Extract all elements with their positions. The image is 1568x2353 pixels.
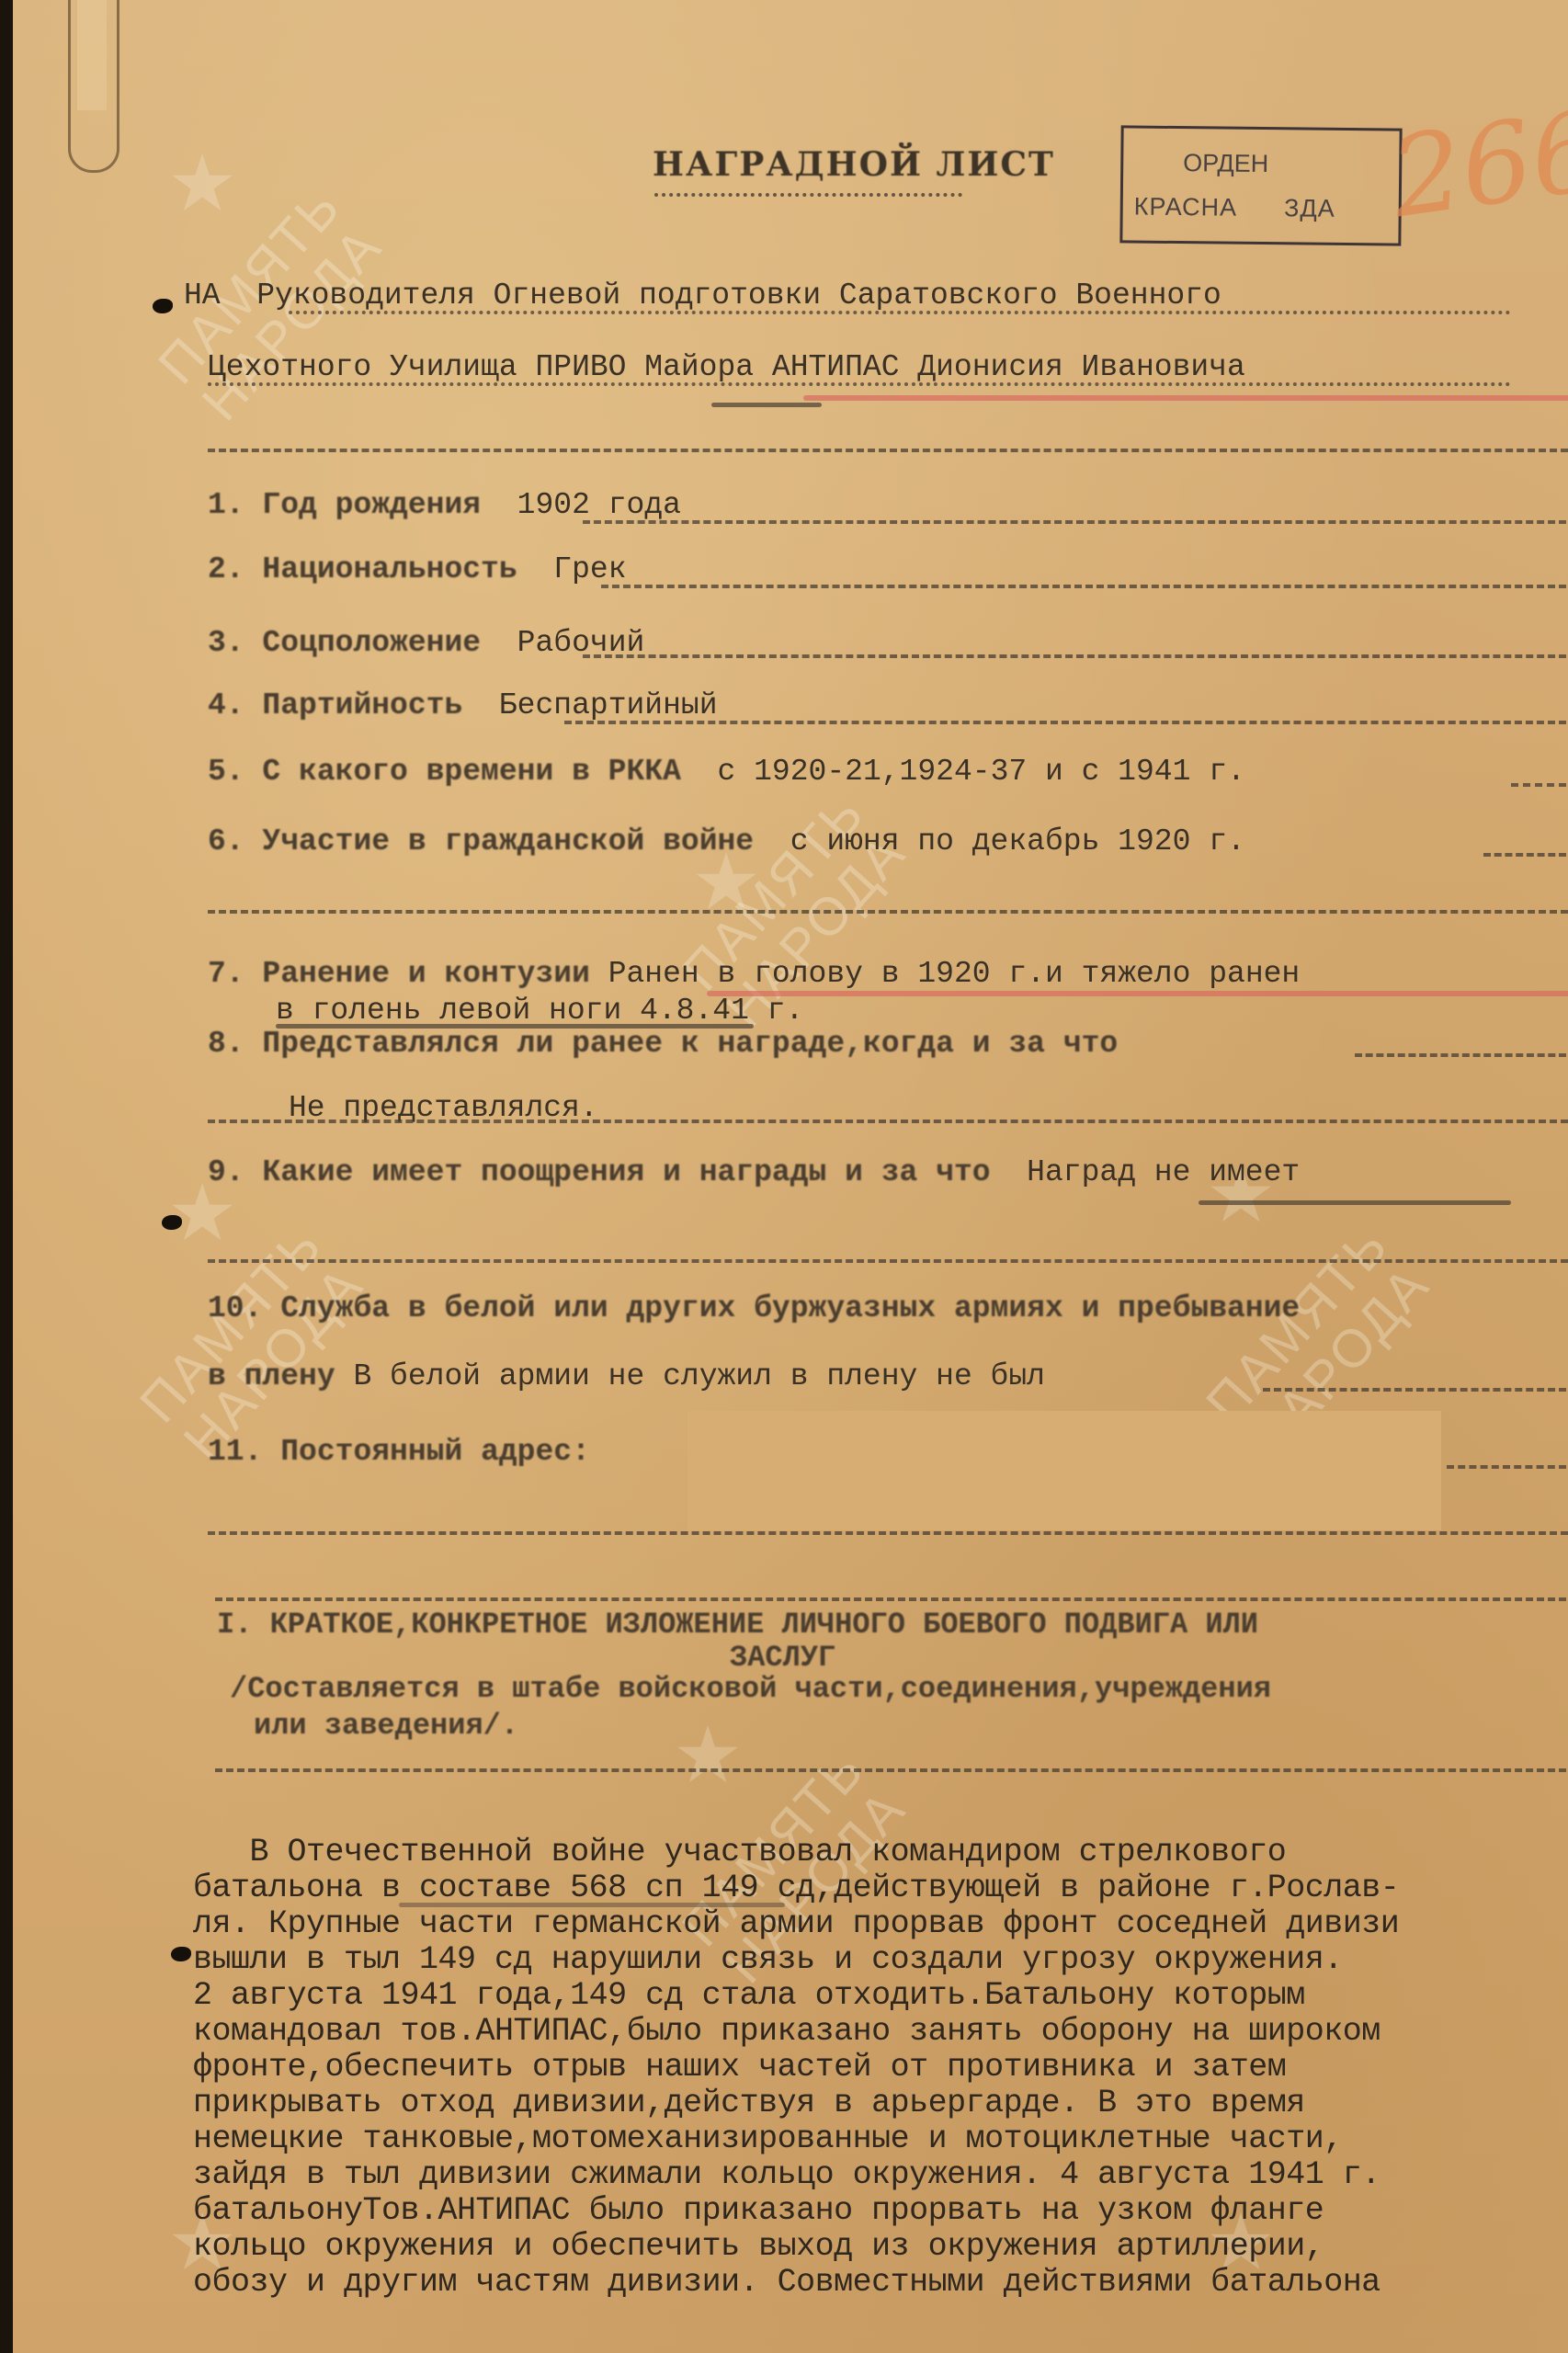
document-title: НАГРАДНОЙ ЛИСТ [653,145,1055,184]
fill-line [601,585,1566,588]
field-nationality: 2. Национальность Грек [208,551,627,588]
award-sheet-page: ★ ПАМЯТЬНАРОДА ★ ПАМЯТЬНАРОДА ★ ПАМЯТЬНА… [13,0,1568,2353]
fill-line [208,449,1568,452]
fill-line [1447,1465,1566,1469]
field-white-army-value: в плену В белой армии не служил в плену … [208,1358,1045,1395]
redacted-address [687,1411,1441,1530]
field-social-status: 3. Соцположение Рабочий [208,625,644,662]
pencil-underline [711,403,822,407]
fill-line [289,311,1511,314]
field-birth-year: 1. Год рождения 1902 года [208,487,681,524]
fill-line [1511,783,1566,787]
punch-hole-icon [171,1947,191,1961]
section-note: /Составляется в штабе войсковой части,со… [230,1671,1271,1708]
pencil-underline [1199,1200,1511,1205]
section-note-cont: или заведения/. [254,1708,518,1745]
order-stamp: ОРДЕН КРАСНА ЗДА [1119,125,1402,245]
section-heading: I. КРАТКОЕ,КОНКРЕТНОЕ ИЗЛОЖЕНИЕ ЛИЧНОГО … [217,1607,1258,1643]
field-awards: 9. Какие имеет поощрения и награды и за … [208,1154,1300,1191]
fill-line [564,721,1566,724]
punch-hole-icon [153,299,173,313]
field-prior-award: 8. Представлялся ли ранее к награде,когд… [208,1026,1118,1063]
fill-line [215,1597,1566,1601]
field-address: 11. Постоянный адрес: [208,1434,590,1471]
fill-line [208,382,1511,386]
field-rkka-service: 5. С какого времени в РККА с 1920-21,192… [208,754,1245,790]
title-underline [654,193,962,201]
fill-line [215,1768,1566,1772]
fill-line [1355,1053,1566,1057]
fill-line [583,654,1566,658]
fill-line [1483,853,1566,857]
field-wounds: 7. Ранение и контузии Ранен в голову в 1… [208,956,1300,993]
fill-line [208,910,1568,914]
fill-line [208,1531,1568,1535]
fill-line [208,1259,1568,1263]
pencil-underline [399,1903,785,1907]
red-pencil-underline [707,991,1568,996]
field-civil-war: 6. Участие в гражданской войне с июня по… [208,824,1245,860]
recipient-line-1: НА Руководителя Огневой подготовки Сарат… [184,278,1221,314]
field-white-army: 10. Служба в белой или других буржуазных… [208,1290,1300,1327]
fill-line [583,520,1566,524]
recipient-line-2: Цехотного Училища ПРИВО Майора АНТИПАС Д… [208,349,1245,386]
field-party: 4. Партийность Беспартийный [208,688,718,724]
handwritten-number: 266 [1383,87,1568,244]
paper-clip-icon [68,0,119,173]
fill-line [1263,1388,1566,1392]
red-pencil-underline [803,395,1568,401]
watermark-star-icon: ★ [169,110,235,245]
fill-line [208,1120,1568,1123]
